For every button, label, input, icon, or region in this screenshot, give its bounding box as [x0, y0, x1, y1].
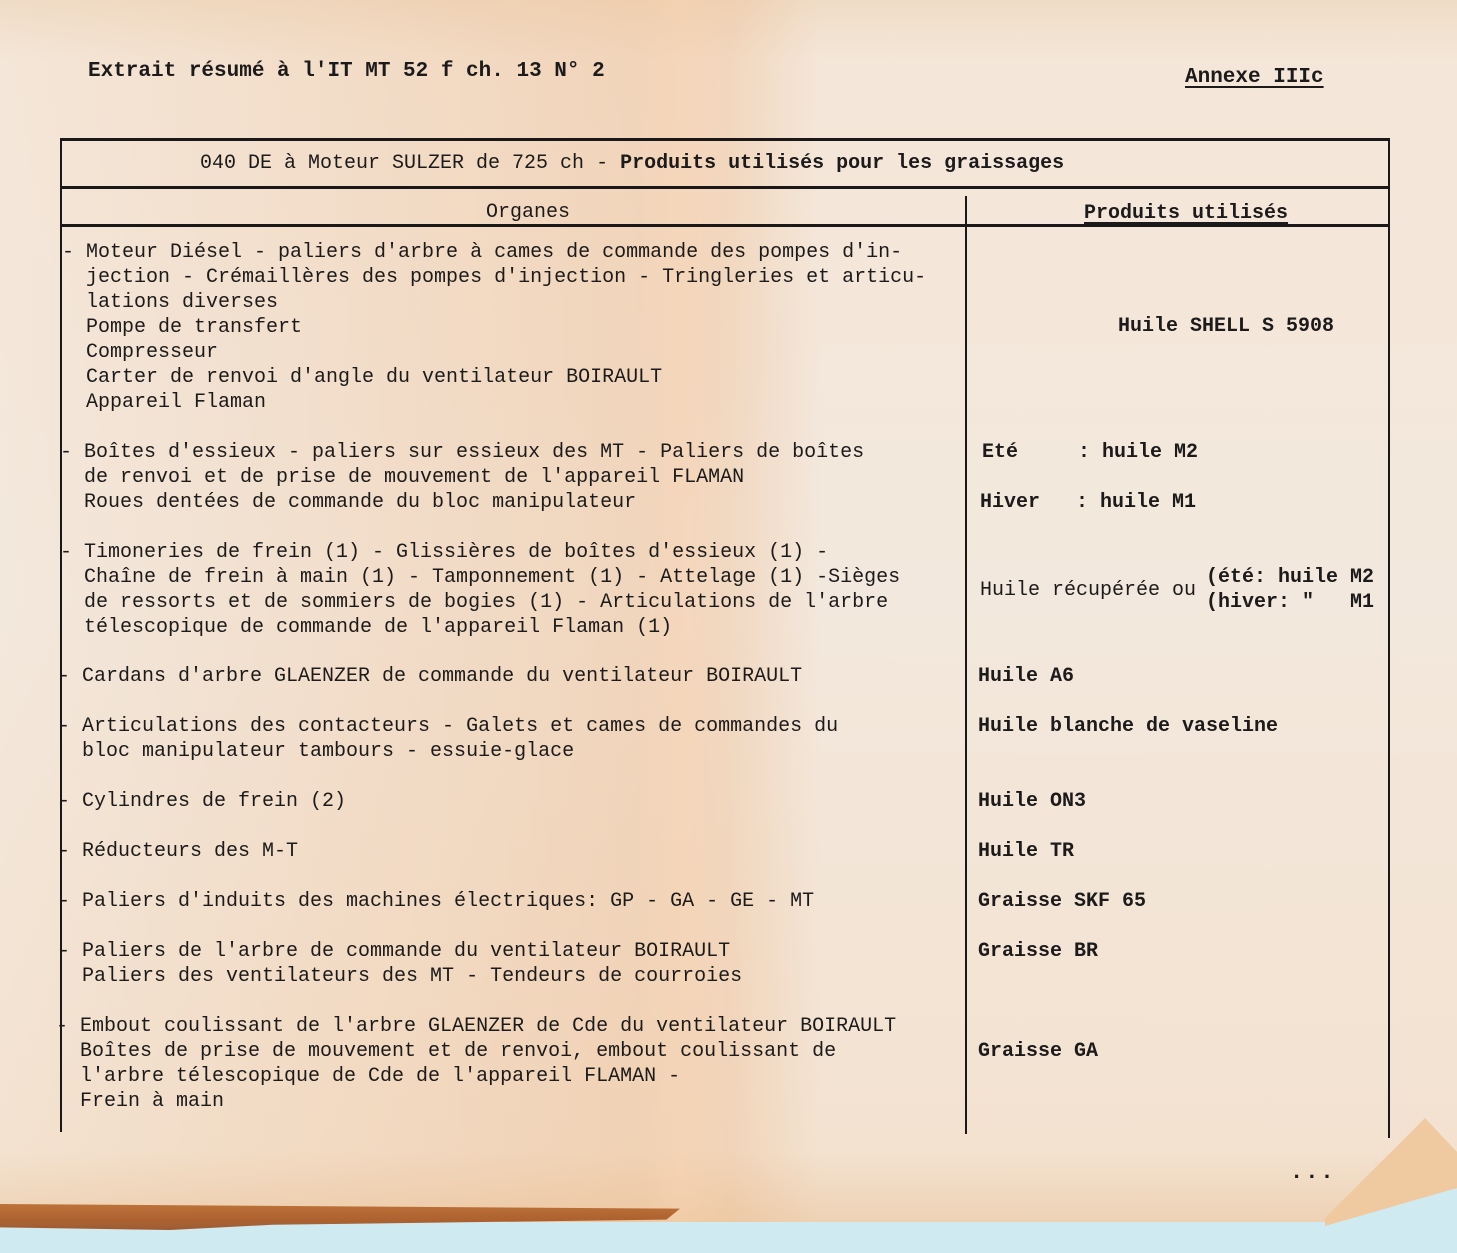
organes-cell: Embout coulissant de l'arbre GLAENZER de… [80, 1014, 896, 1114]
organes-cell: Cardans d'arbre GLAENZER de commande du … [82, 664, 802, 689]
produit-cell: Huile blanche de vaseline [978, 714, 1278, 739]
table-row: -Paliers de l'arbre de commande du venti… [82, 939, 742, 989]
table-row: -Réducteurs des M-T [82, 839, 298, 864]
organes-cell: Boîtes d'essieux - paliers sur essieux d… [84, 440, 864, 515]
row-bullet: - [58, 664, 70, 689]
title-bottom-border [62, 186, 1390, 189]
organes-cell: Paliers d'induits des machines électriqu… [82, 889, 814, 914]
organes-cell: Réducteurs des M-T [82, 839, 298, 864]
table-row: -Embout coulissant de l'arbre GLAENZER d… [80, 1014, 896, 1114]
column-divider [965, 196, 967, 1134]
table-row: -Paliers d'induits des machines électriq… [82, 889, 814, 914]
table-row: -Boîtes d'essieux - paliers sur essieux … [84, 440, 864, 515]
produit-cell: Graisse GA [978, 1039, 1098, 1064]
organes-cell: Moteur Diésel - paliers d'arbre à cames … [86, 240, 926, 415]
table-top-border [60, 138, 1390, 141]
produit-cell: Huile A6 [978, 664, 1074, 689]
continuation-mark: ... [1290, 1160, 1336, 1185]
row-bullet: - [62, 240, 74, 265]
produit-cell: Graisse SKF 65 [978, 889, 1146, 914]
table-title: 040 DE à Moteur SULZER de 725 ch - Produ… [200, 152, 1064, 175]
produit-winter: (hiver: " M1 [1206, 590, 1374, 615]
row-bullet: - [60, 440, 72, 465]
annex-label: Annexe IIIc [1185, 66, 1324, 89]
table-left-border [60, 138, 62, 1132]
row-bullet: - [58, 839, 70, 864]
column-header-organes: Organes [486, 201, 570, 224]
document-reference: Extrait résumé à l'IT MT 52 f ch. 13 N° … [88, 60, 605, 83]
organes-cell: Cylindres de frein (2) [82, 789, 346, 814]
row-bullet: - [58, 939, 70, 964]
produit-cell: Huile TR [978, 839, 1074, 864]
row-bullet: - [58, 789, 70, 814]
produit-cell: Huile ON3 [978, 789, 1086, 814]
row-bullet: - [60, 540, 72, 565]
table-row: -Cylindres de frein (2) [82, 789, 346, 814]
row-bullet: - [58, 714, 70, 739]
produit-cell: Graisse BR [978, 939, 1098, 964]
produit-summer: (été: huile M2 [1206, 565, 1374, 590]
row-bullet: - [58, 889, 70, 914]
table-row: -Articulations des contacteurs - Galets … [82, 714, 838, 764]
produit-summer: Eté : huile M2 [982, 440, 1198, 465]
produit-winter: Hiver : huile M1 [980, 490, 1196, 515]
table-row: -Moteur Diésel - paliers d'arbre à cames… [86, 240, 926, 415]
table-right-border [1388, 138, 1390, 1138]
organes-cell: Articulations des contacteurs - Galets e… [82, 714, 838, 764]
produit-cell: Huile SHELL S 5908 [1118, 314, 1334, 339]
table-row: -Timoneries de frein (1) - Glissières de… [84, 540, 900, 640]
row-bullet: - [56, 1014, 68, 1039]
table-row: -Cardans d'arbre GLAENZER de commande du… [82, 664, 802, 689]
column-header-produits: Produits utilisés [1084, 201, 1288, 226]
produit-cell: Huile récupérée ou [980, 578, 1196, 603]
organes-cell: Timoneries de frein (1) - Glissières de … [84, 540, 900, 640]
organes-cell: Paliers de l'arbre de commande du ventil… [82, 939, 742, 989]
